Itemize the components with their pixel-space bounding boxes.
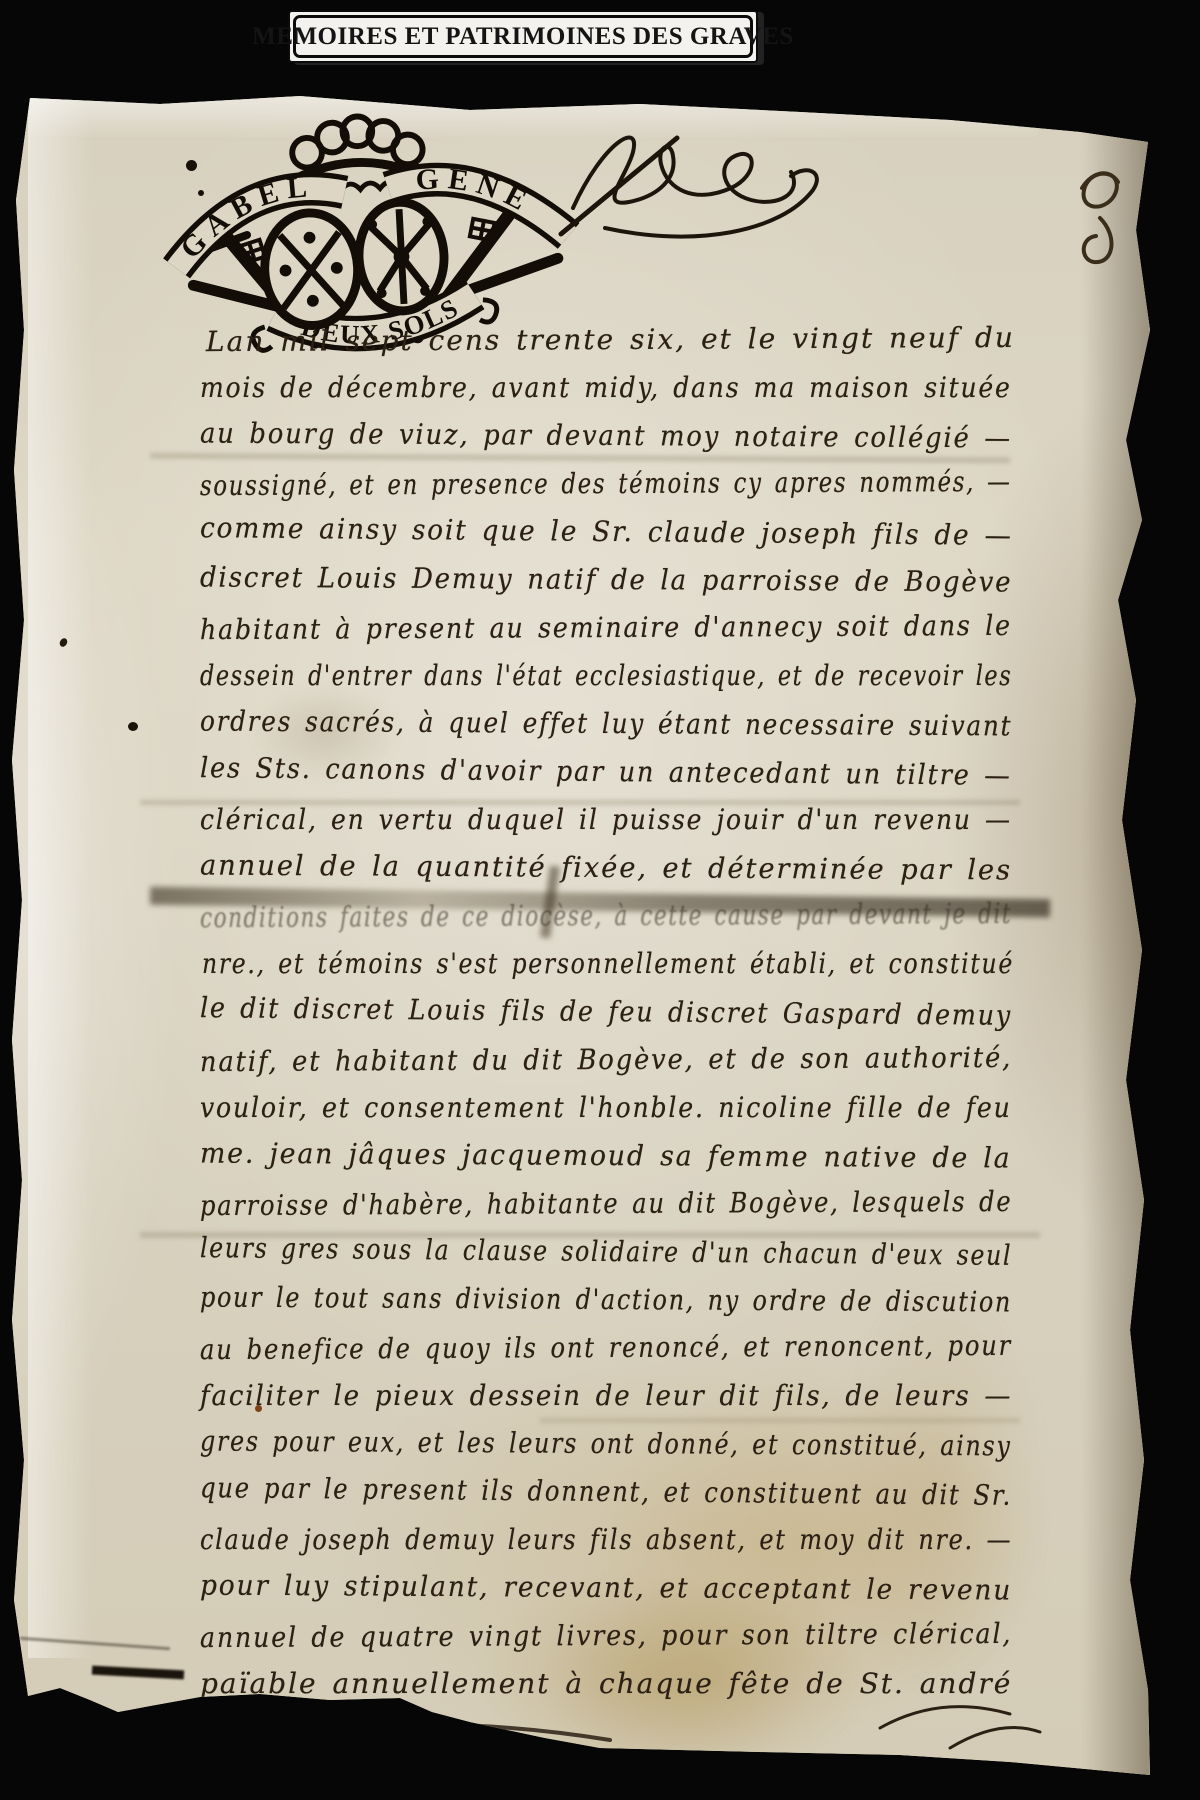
manuscript-line: gres pour eux, et les leurs ont donné, e… [200,1419,1020,1472]
ink-speck [128,722,138,731]
paper-tear-notch [92,1666,184,1680]
manuscript-line: ordres sacrés, à quel effet luy étant ne… [200,699,1020,752]
photograph-background: MEMOIRES ET PATRIMOINES DES GRAVES [0,0,1200,1800]
bottom-flourish-strokes [180,1688,1060,1778]
manuscript-sheet: GABEL GENE DEUX SOLS [0,0,1200,1800]
manuscript-line-faded: conditions faites de ce diocèse, à cette… [200,892,1020,944]
ink-speck [58,637,69,648]
paper-left-highlight [28,98,92,1658]
manuscript-line: soussigné, et en presence des témoins cy… [200,460,1020,512]
manuscript-line: pour luy stipulant, recevant, et accepta… [200,1563,1020,1616]
manuscript-line: annuel de la quantité fixée, et détermin… [200,843,1020,896]
manuscript-line: natif, et habitant du dit Bogève, et de … [200,1036,1020,1088]
archive-label: MEMOIRES ET PATRIMOINES DES GRAVES [288,10,758,63]
manuscript-line: le dit discret Louis fils de feu discret… [200,986,1020,1042]
notary-paraph-icon [545,112,855,244]
manuscript-text-block: Lan mil sept cens trente six, et le ving… [200,318,1020,1710]
manuscript-line: les Sts. canons d'avoir par un antecedan… [200,746,1020,802]
manuscript-line: claude joseph demuy leurs fils absent, e… [200,1518,1020,1566]
stamp-shield-left [262,211,361,328]
manuscript-line: me. jean jâques jacquemoud sa femme nati… [200,1131,1020,1184]
manuscript-line: que par le present ils donnent, et const… [200,1466,1020,1522]
manuscript-line: au benefice de quoy ils ont renoncé, et … [200,1324,1020,1376]
manuscript-line: dessein d'entrer dans l'état ecclesiasti… [200,654,1020,702]
manuscript-line: annuel de quatre vingt livres, pour son … [200,1612,1020,1664]
manuscript-line: habitant à present au seminaire d'annecy… [200,604,1020,656]
manuscript-line: comme ainsy soit que le Sr. claude josep… [200,506,1020,562]
manuscript-line: Lan mil sept cens trente six, et le ving… [206,316,1020,368]
manuscript-line: nre., et témoins s'est personnellement é… [202,942,1020,990]
manuscript-line: faciliter le pieux dessein de leur dit f… [200,1374,1020,1422]
archive-label-title: MEMOIRES ET PATRIMOINES DES GRAVES [252,23,794,51]
folio-number-mark: 5 [1040,152,1136,288]
manuscript-line: pour le tout sans division d'action, ny … [200,1275,1020,1328]
manuscript-line: discret Louis Demuy natif de la parroiss… [200,555,1020,608]
manuscript-line: mois de décembre, avant midy, dans ma ma… [200,366,1020,414]
manuscript-line: vouloir, et consentement l'honble. nicol… [200,1086,1020,1134]
manuscript-line: au bourg de viuz, par devant moy notaire… [200,411,1020,464]
stamp-shield-right [356,200,447,313]
manuscript-line: leurs gres sous la clause solidaire d'un… [200,1226,1020,1282]
manuscript-line: clérical, en vertu duquel il puisse joui… [200,798,1020,846]
paper-right-edge-shadow [1060,130,1152,1780]
bottom-edge-crease [20,1637,170,1650]
archive-label-frame: MEMOIRES ET PATRIMOINES DES GRAVES [293,15,753,58]
manuscript-line: parroisse d'habère, habitante au dit Bog… [200,1180,1020,1232]
